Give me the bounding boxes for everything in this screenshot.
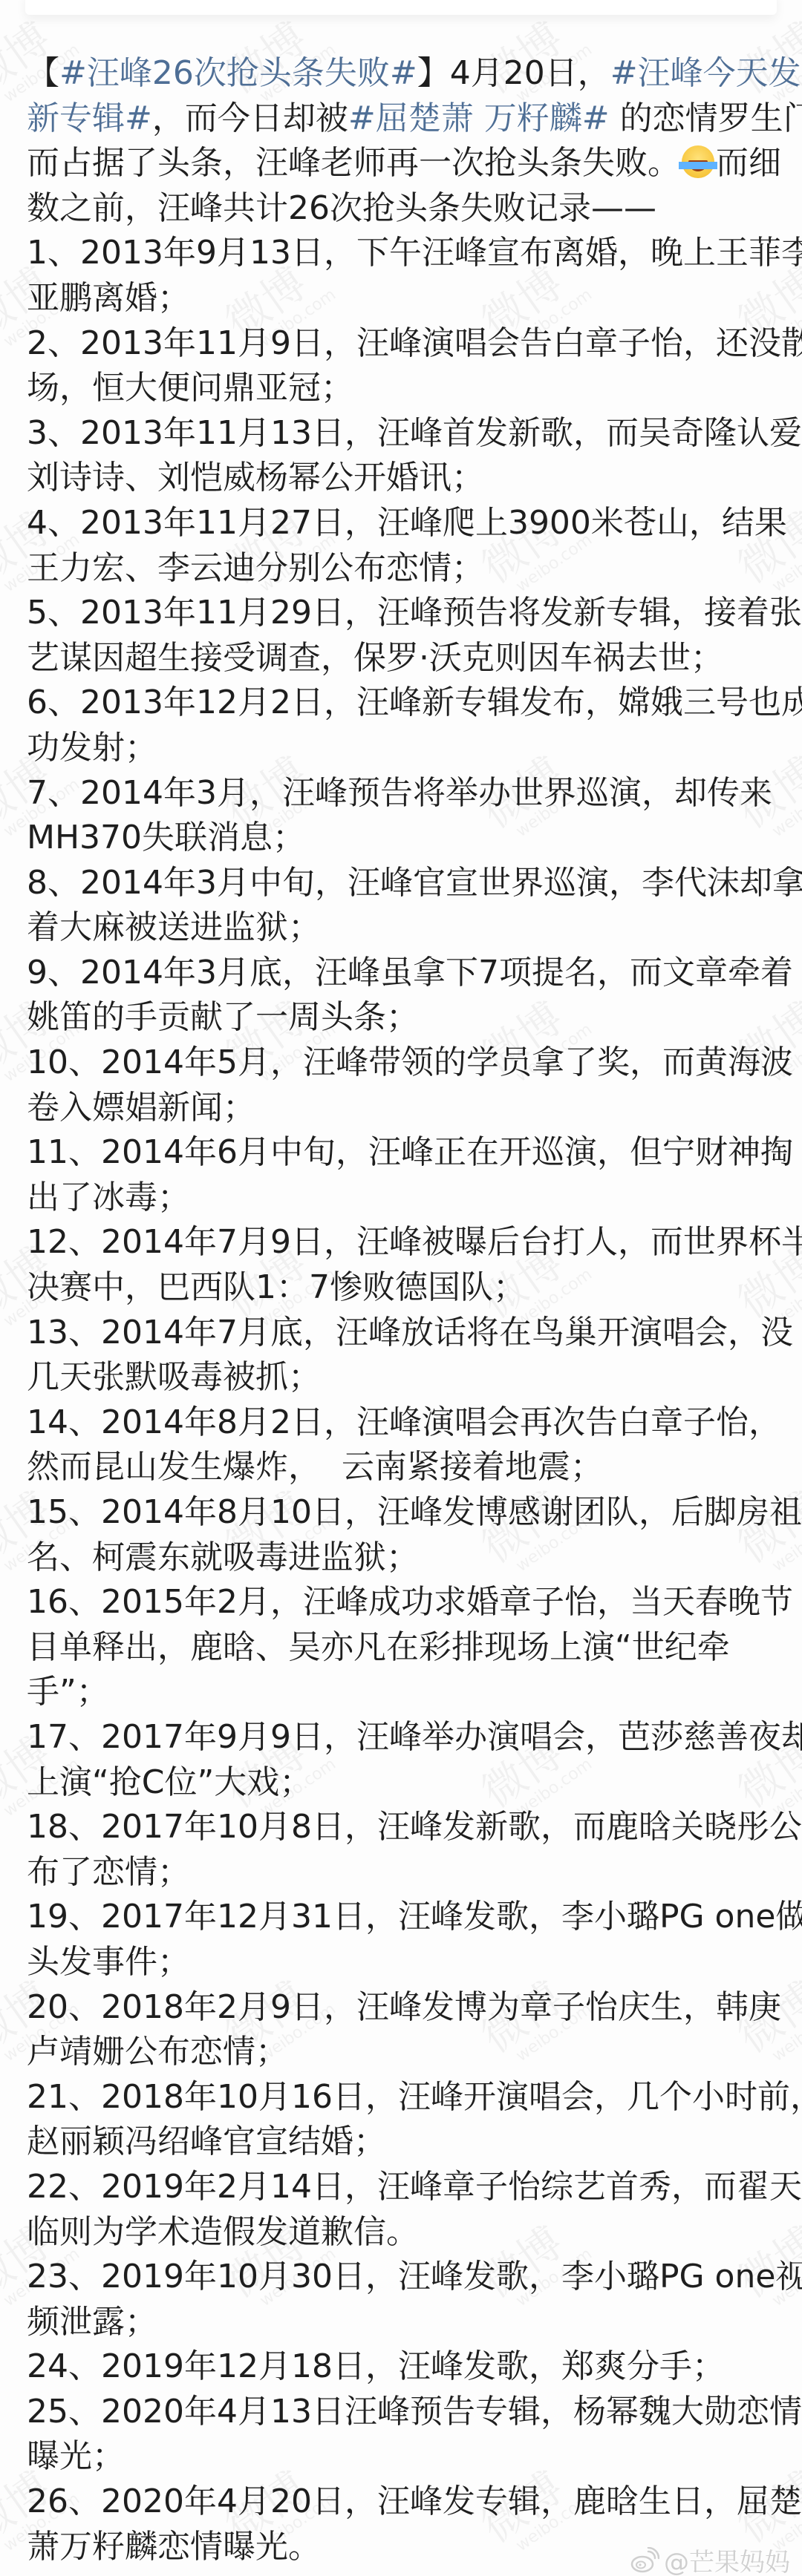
- post-text: 24、2019年12月18日，汪峰发歌，郑爽分手；: [27, 2347, 725, 2385]
- post-line: 9、2014年3月底，汪峰虽拿下7项提名，而文章牵着: [27, 951, 777, 996]
- post-text: 18、2017年10月8日，汪峰发新歌，而鹿晗关晓彤公: [27, 1808, 802, 1846]
- post-line: 手”；: [27, 1670, 777, 1715]
- post-line: 功发射；: [27, 726, 777, 771]
- post-text: 头发事件；: [27, 1943, 190, 1981]
- post-text: 名、柯震东就吸毒进监狱；: [27, 1538, 419, 1576]
- post-line: 频泄露；: [27, 2300, 777, 2345]
- post-line: 卷入嫖娼新闻；: [27, 1086, 777, 1131]
- post-line: 卢靖姗公布恋情；: [27, 2030, 777, 2075]
- post-line: 25、2020年4月13日汪峰预告专辑，杨幂魏大勋恋情: [27, 2390, 777, 2435]
- post-text: 1、2013年9月13日，下午汪峰宣布离婚，晚上王菲李: [27, 234, 802, 272]
- post-line: 13、2014年7月底，汪峰放话将在鸟巢开演唱会，没: [27, 1311, 777, 1356]
- post-line: 王力宏、李云迪分别公布恋情；: [27, 546, 777, 591]
- post-text: 5、2013年11月29日，汪峰预告将发新专辑，接着张: [27, 594, 802, 632]
- post-line: 23、2019年10月30日，汪峰发歌，李小璐PG one视: [27, 2255, 777, 2300]
- post-text: 刘诗诗、刘恺威杨幂公开婚讯；: [27, 459, 484, 496]
- post-line: 16、2015年2月，汪峰成功求婚章子怡，当天春晚节: [27, 1580, 777, 1625]
- post-text: 23、2019年10月30日，汪峰发歌，李小璐PG one视: [27, 2258, 802, 2295]
- post-line: 姚笛的手贡献了一周头条；: [27, 995, 777, 1040]
- post-text: 6、2013年12月2日，汪峰新专辑发布，嫦娥三号也成: [27, 684, 802, 721]
- author-signature: @芒果妈妈: [630, 2542, 790, 2576]
- post-line: 14、2014年8月2日，汪峰演唱会再次告白章子怡，: [27, 1400, 777, 1446]
- post-line: 布了恋情；: [27, 1850, 777, 1895]
- post-text: 26、2020年4月20日，汪峰发专辑，鹿晗生日，屈楚: [27, 2482, 802, 2520]
- post-line: 头发事件；: [27, 1940, 777, 1985]
- post-text: MH370失联消息；: [27, 819, 305, 856]
- post-text: 14、2014年8月2日，汪峰演唱会再次告白章子怡，: [27, 1403, 781, 1441]
- post-line: 赵丽颖冯绍峰官宣结婚；: [27, 2120, 777, 2165]
- post-text: 场，恒大便问鼎亚冠；: [27, 369, 353, 407]
- post-text: 13、2014年7月底，汪峰放话将在鸟巢开演唱会，没: [27, 1314, 793, 1351]
- post-line: 10、2014年5月，汪峰带领的学员拿了奖，而黄海波: [27, 1040, 777, 1086]
- post-line: 亚鹏离婚；: [27, 276, 777, 321]
- post-line: 17、2017年9月9日，汪峰举办演唱会，芭莎慈善夜却: [27, 1715, 777, 1760]
- post-text: 而占据了头条，汪峰老师再一次抢头条失败。: [27, 144, 680, 182]
- post-line: 着大麻被送进监狱；: [27, 905, 777, 951]
- post-text: 姚笛的手贡献了一周头条；: [27, 998, 419, 1036]
- post-line: 名、柯震东就吸毒进监狱；: [27, 1536, 777, 1581]
- post-text: 25、2020年4月13日汪峰预告专辑，杨幂魏大勋恋情: [27, 2393, 802, 2431]
- post-text: 7、2014年3月，汪峰预告将举办世界巡演，却传来: [27, 774, 772, 812]
- post-line: 【#汪峰26次抢头条失败#】4月20日，#汪峰今天发: [27, 51, 777, 96]
- weibo-post-body: 【#汪峰26次抢头条失败#】4月20日，#汪峰今天发新专辑#，而今日却被#屈楚萧…: [27, 51, 777, 2569]
- hashtag-link[interactable]: #屈楚萧 万籽麟#: [348, 99, 610, 137]
- post-line: 出了冰毒；: [27, 1176, 777, 1221]
- post-line: 19、2017年12月31日，汪峰发歌，李小璐PG one做: [27, 1895, 777, 1940]
- post-text: 9、2014年3月底，汪峰虽拿下7项提名，而文章牵着: [27, 954, 793, 992]
- post-text: 萧万籽麟恋情曝光。: [27, 2528, 321, 2566]
- post-text: 亚鹏离婚；: [27, 279, 190, 317]
- post-line: 然而昆山发生爆炸， 云南紧接着地震；: [27, 1445, 777, 1490]
- post-text: 功发射；: [27, 729, 157, 767]
- post-line: 曝光；: [27, 2434, 777, 2480]
- post-line: 临则为学术造假发道歉信。: [27, 2210, 777, 2255]
- post-line: 2、2013年11月9日，汪峰演唱会告白章子怡，还没散: [27, 321, 777, 367]
- post-text: 2、2013年11月9日，汪峰演唱会告白章子怡，还没散: [27, 324, 802, 362]
- post-line: 3、2013年11月13日，汪峰首发新歌，而吴奇隆认爱: [27, 411, 777, 456]
- post-line: 数之前，汪峰共计26次抢头条失败记录——: [27, 186, 777, 232]
- post-line: 21、2018年10月16日，汪峰开演唱会，几个小时前，: [27, 2075, 777, 2120]
- post-text: 卢靖姗公布恋情；: [27, 2033, 288, 2071]
- hashtag-link[interactable]: #汪峰26次抢头条失败#: [59, 54, 417, 92]
- post-text: 】4月20日，: [417, 54, 610, 92]
- post-line: 12、2014年7月9日，汪峰被曝后台打人，而世界杯半: [27, 1220, 777, 1265]
- post-text: 临则为学术造假发道歉信。: [27, 2213, 419, 2251]
- post-text: 11、2014年6月中旬，汪峰正在开巡演，但宁财神掏: [27, 1133, 793, 1171]
- post-text: 10、2014年5月，汪峰带领的学员拿了奖，而黄海波: [27, 1043, 793, 1081]
- post-line: 艺谋因超生接受调查，保罗·沃克则因车祸去世；: [27, 636, 777, 681]
- post-line: 5、2013年11月29日，汪峰预告将发新专辑，接着张: [27, 591, 777, 636]
- post-text: 17、2017年9月9日，汪峰举办演唱会，芭莎慈善夜却: [27, 1718, 802, 1756]
- post-text: 15、2014年8月10日，汪峰发博感谢团队，后脚房祖: [27, 1493, 802, 1531]
- post-line: 24、2019年12月18日，汪峰发歌，郑爽分手；: [27, 2344, 777, 2390]
- post-text: 22、2019年2月14日，汪峰章子怡综艺首秀，而翟天: [27, 2168, 802, 2206]
- post-text: 19、2017年12月31日，汪峰发歌，李小璐PG one做: [27, 1898, 802, 1936]
- post-text: 赵丽颖冯绍峰官宣结婚；: [27, 2123, 386, 2160]
- post-line: 18、2017年10月8日，汪峰发新歌，而鹿晗关晓彤公: [27, 1805, 777, 1850]
- post-line: 几天张默吸毒被抓；: [27, 1355, 777, 1400]
- post-text: 12、2014年7月9日，汪峰被曝后台打人，而世界杯半: [27, 1223, 802, 1261]
- post-text: 几天张默吸毒被抓；: [27, 1358, 321, 1396]
- post-text: 上演“抢C位”大戏；: [27, 1763, 312, 1801]
- post-text: 21、2018年10月16日，汪峰开演唱会，几个小时前，: [27, 2078, 802, 2116]
- post-line: 15、2014年8月10日，汪峰发博感谢团队，后脚房祖: [27, 1490, 777, 1536]
- post-line: 22、2019年2月14日，汪峰章子怡综艺首秀，而翟天: [27, 2165, 777, 2210]
- post-text: 卷入嫖娼新闻；: [27, 1089, 255, 1127]
- post-line: 6、2013年12月2日，汪峰新专辑发布，嫦娥三号也成: [27, 681, 777, 726]
- post-text: 数之前，汪峰共计26次抢头条失败记录——: [27, 189, 656, 227]
- post-line: 4、2013年11月27日，汪峰爬上3900米苍山，结果: [27, 501, 777, 546]
- post-text: 手”；: [27, 1673, 109, 1711]
- post-text: 的恋情罗生门: [610, 99, 802, 137]
- weibo-logo-icon: [630, 2547, 659, 2574]
- post-text: 而细: [716, 144, 781, 182]
- post-line: 上演“抢C位”大戏；: [27, 1760, 777, 1806]
- hashtag-link[interactable]: #汪峰今天发: [610, 54, 801, 92]
- post-text: 目单释出，鹿晗、吴亦凡在彩排现场上演“世纪牵: [27, 1628, 730, 1666]
- post-line: 7、2014年3月，汪峰预告将举办世界巡演，却传来: [27, 771, 777, 816]
- post-line: 刘诗诗、刘恺威杨幂公开婚讯；: [27, 456, 777, 501]
- post-text: 20、2018年2月9日，汪峰发博为章子怡庆生，韩庚: [27, 1988, 781, 2026]
- post-line: 11、2014年6月中旬，汪峰正在开巡演，但宁财神掏: [27, 1130, 777, 1176]
- post-text: ，而今日却被: [152, 99, 348, 137]
- laughing-with-tears-icon: [682, 145, 714, 178]
- post-text: 王力宏、李云迪分别公布恋情；: [27, 549, 484, 587]
- post-text: 然而昆山发生爆炸， 云南紧接着地震；: [27, 1448, 603, 1486]
- post-line: 20、2018年2月9日，汪峰发博为章子怡庆生，韩庚: [27, 1985, 777, 2031]
- post-line: MH370失联消息；: [27, 816, 777, 861]
- post-text: 着大麻被送进监狱；: [27, 908, 321, 946]
- hashtag-link[interactable]: 新专辑#: [27, 99, 152, 137]
- post-text: 艺谋因超生接受调查，保罗·沃克则因车祸去世；: [27, 639, 723, 677]
- previous-card-edge: [25, 0, 777, 15]
- post-line: 8、2014年3月中旬，汪峰官宣世界巡演，李代沫却拿: [27, 861, 777, 906]
- post-text: 频泄露；: [27, 2303, 157, 2341]
- post-line: 目单释出，鹿晗、吴亦凡在彩排现场上演“世纪牵: [27, 1625, 777, 1671]
- signature-text: @芒果妈妈: [664, 2542, 790, 2576]
- post-text: 出了冰毒；: [27, 1179, 190, 1216]
- post-line: 26、2020年4月20日，汪峰发专辑，鹿晗生日，屈楚: [27, 2480, 777, 2525]
- post-text: 曝光；: [27, 2437, 125, 2475]
- post-text: 布了恋情；: [27, 1853, 190, 1891]
- post-line: 1、2013年9月13日，下午汪峰宣布离婚，晚上王菲李: [27, 231, 777, 276]
- post-text: 3、2013年11月13日，汪峰首发新歌，而吴奇隆认爱: [27, 414, 802, 452]
- post-text: 决赛中，巴西队1：7惨败德国队；: [27, 1268, 526, 1306]
- post-line: 新专辑#，而今日却被#屈楚萧 万籽麟# 的恋情罗生门: [27, 96, 777, 142]
- post-text: 【: [27, 54, 59, 92]
- post-text: 4、2013年11月27日，汪峰爬上3900米苍山，结果: [27, 504, 787, 542]
- post-text: 8、2014年3月中旬，汪峰官宣世界巡演，李代沫却拿: [27, 864, 802, 902]
- post-text: 16、2015年2月，汪峰成功求婚章子怡，当天春晚节: [27, 1583, 793, 1621]
- post-line: 决赛中，巴西队1：7惨败德国队；: [27, 1265, 777, 1311]
- post-line: 场，恒大便问鼎亚冠；: [27, 366, 777, 411]
- post-line: 而占据了头条，汪峰老师再一次抢头条失败。而细: [27, 141, 777, 186]
